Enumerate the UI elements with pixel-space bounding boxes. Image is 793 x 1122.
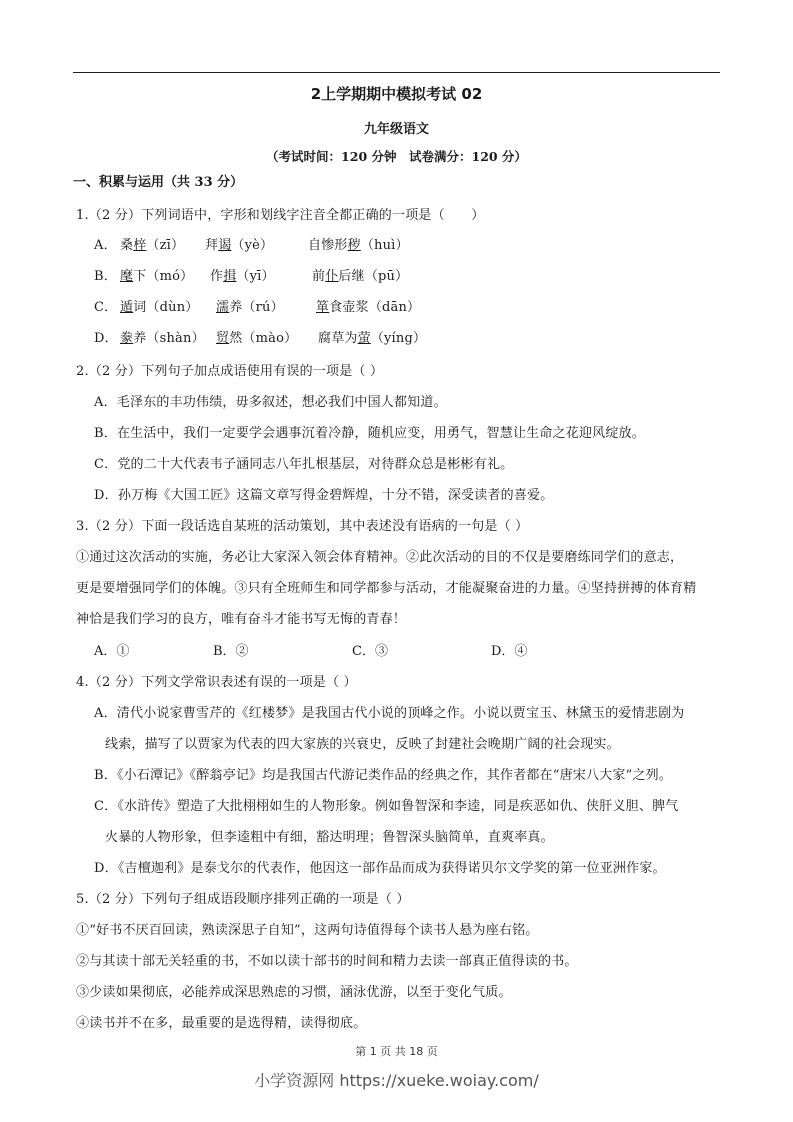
question-2-option-c: C．党的二十大代表韦子涵同志八年扎根基层，对待群众总是彬彬有礼。 xyxy=(94,453,513,472)
question-4-option-d: D．《吉檀迦利》是泰戈尔的代表作，他因这一部作品而成为获得诺贝尔文学奖的第一位亚… xyxy=(94,857,666,876)
underlined-character: 仆 xyxy=(325,269,338,284)
question-2-stem: 2.（2 分）下列句子加点成语使用有误的一项是（ ） xyxy=(76,360,383,379)
question-1-option-c-word: 濡养（rú） xyxy=(216,296,284,315)
word-part: 然 xyxy=(229,331,242,346)
page-indicator: 第 1 页 共 18 页 xyxy=(0,1043,793,1059)
underlined-character: 谒 xyxy=(218,238,231,253)
question-1-option-b-word: 作揖（yī） xyxy=(210,265,275,284)
question-1-option-b-label: B． xyxy=(94,265,117,284)
word-part: 前 xyxy=(312,269,325,284)
question-1-option-d-label: D． xyxy=(94,327,118,346)
question-1-option-a-label: A． xyxy=(94,234,117,253)
word-part: 下 xyxy=(133,269,146,284)
pinyin-annotation: （yíng） xyxy=(371,331,426,346)
pinyin-annotation: （yī） xyxy=(236,269,274,284)
question-1-option-d-word: 豢养（shàn） xyxy=(120,327,205,346)
word-part: 后继 xyxy=(338,269,364,284)
question-4-option-a: A．清代小说家曹雪芹的《红楼梦》是我国古代小说的顶峰之作。小说以贾宝玉、林黛玉的… xyxy=(94,702,684,721)
pinyin-annotation: （mó） xyxy=(146,269,193,284)
pinyin-annotation: （zī） xyxy=(146,238,184,253)
question-3-option-a: A．① xyxy=(94,640,129,659)
pinyin-annotation: （mào） xyxy=(242,331,297,346)
question-1-option-a-word: 自惨形秽（huì） xyxy=(308,234,409,253)
word-part: 养 xyxy=(229,300,242,315)
exam-title: 2上学期期中模拟考试 02 xyxy=(0,83,793,104)
exam-info: （考试时间：120 分钟 试卷满分：120 分） xyxy=(0,147,793,165)
pinyin-annotation: （yè） xyxy=(231,238,273,253)
watermark-link[interactable]: 小学资源网 https://xueke.woiay.com/ xyxy=(0,1068,793,1091)
word-part: 拜 xyxy=(205,238,218,253)
exam-page: 2上学期期中模拟考试 02 九年级语文 （考试时间：120 分钟 试卷满分：12… xyxy=(0,0,793,1122)
word-part: 腐草为 xyxy=(318,331,358,346)
question-4-option-c: C．《水浒传》塑造了大批栩栩如生的人物形象。例如鲁智深和李逵，同是疾恶如仇、侠肝… xyxy=(94,795,678,814)
question-3-option-d: D．④ xyxy=(491,640,527,659)
question-1-option-a-word: 桑梓（zī） xyxy=(120,234,184,253)
question-5-sentence: ①“好书不厌百回读，熟读深思子自知”，这两句诗值得每个读书人悬为座右铭。 xyxy=(76,919,539,938)
section-title: 一、积累与运用（共 33 分） xyxy=(73,171,243,190)
question-5-stem: 5.（2 分）下列句子组成语段顺序排列正确的一项是（ ） xyxy=(76,888,410,907)
underlined-character: 梓 xyxy=(133,238,146,253)
word-part: 桑 xyxy=(120,238,133,253)
question-1-option-b-word: 麾下（mó） xyxy=(120,265,193,284)
question-2-option-d: D．孙万梅《大国工匠》这篇文章写得金碧辉煌，十分不错，深受读者的喜爱。 xyxy=(94,484,553,503)
underlined-character: 濡 xyxy=(216,300,229,315)
pinyin-annotation: （huì） xyxy=(361,238,409,253)
exam-subtitle: 九年级语文 xyxy=(0,118,793,137)
question-3-option-c: C．③ xyxy=(352,640,388,659)
underlined-character: 秽 xyxy=(348,238,361,253)
question-1-option-c-label: C． xyxy=(94,296,117,315)
header-rule xyxy=(73,72,720,73)
question-1-option-c-word: 遁词（dùn） xyxy=(120,296,198,315)
underlined-character: 麾 xyxy=(120,269,133,284)
pinyin-annotation: （dùn） xyxy=(146,300,198,315)
pinyin-annotation: （dān） xyxy=(369,300,420,315)
pinyin-annotation: （rú） xyxy=(242,300,283,315)
question-1-option-d-word: 贸然（mào） xyxy=(216,327,297,346)
question-3-passage-line: ①通过这次活动的实施，务必让大家深入领会体育精神。②此次活动的目的不仅是要磨练同… xyxy=(76,546,683,565)
question-5-sentence: ④读书并不在多，最重要的是选得精，读得彻底。 xyxy=(76,1012,366,1031)
underlined-character: 萤 xyxy=(358,331,371,346)
underlined-character: 贸 xyxy=(216,331,229,346)
question-2-option-a: A．毛泽东的丰功伟绩，毋多叙述，想必我们中国人都知道。 xyxy=(94,391,447,410)
question-3-passage-line: 更是要增强同学们的体魄。③只有全班师生和同学都参与活动，才能凝聚奋进的力量。④坚… xyxy=(76,577,696,596)
word-part: 自惨形 xyxy=(308,238,348,253)
question-1-option-d-word: 腐草为萤（yíng） xyxy=(318,327,426,346)
underlined-character: 豢 xyxy=(120,331,133,346)
question-1-stem: 1.（2 分）下列词语中，字形和划线字注音全都正确的一项是（ ） xyxy=(76,204,484,223)
question-2-option-b: B．在生活中，我们一定要学会遇事沉着冷静，随机应变，用勇气，智慧让生命之花迎风绽… xyxy=(94,422,645,441)
question-4-option-a-cont: 线索，描写了以贾家为代表的四大家族的兴衰史，反映了封建社会晚期广阔的社会现实。 xyxy=(105,733,620,752)
question-3-stem: 3.（2 分）下面一段话选自某班的活动策划，其中表述没有语病的一句是（ ） xyxy=(76,515,528,534)
pinyin-annotation: （pū） xyxy=(365,269,409,284)
pinyin-annotation: （shàn） xyxy=(146,331,204,346)
question-4-option-b: B．《小石潭记》《醉翁亭记》均是我国古代游记类作品的经典之作，其作者都在“唐宋八… xyxy=(94,764,672,783)
word-part: 养 xyxy=(133,331,146,346)
question-3-passage-line: 神恰是我们学习的良方，唯有奋斗才能书写无悔的青春！ xyxy=(76,608,406,627)
question-3-option-b: B．② xyxy=(213,640,249,659)
question-4-stem: 4.（2 分）下列文学常识表述有误的一项是（ ） xyxy=(76,671,357,690)
underlined-character: 揖 xyxy=(223,269,236,284)
question-5-sentence: ②与其读十部无关轻重的书，不如以读十部书的时间和精力去读一部真正值得读的书。 xyxy=(76,950,578,969)
question-4-option-c-cont: 火暴的人物形象，但李逵粗中有细，豁达明理；鲁智深头脑简单，直爽率真。 xyxy=(105,826,554,845)
question-1-option-c-word: 箪食壶浆（dān） xyxy=(316,296,420,315)
underlined-character: 遁 xyxy=(120,300,133,315)
question-5-sentence: ③少读如果彻底，必能养成深思熟虑的习惯，涵泳优游，以至于变化气质。 xyxy=(76,981,512,1000)
word-part: 食壶浆 xyxy=(329,300,369,315)
question-1-option-b-word: 前仆后继（pū） xyxy=(312,265,408,284)
question-1-option-a-word: 拜谒（yè） xyxy=(205,234,273,253)
word-part: 作 xyxy=(210,269,223,284)
word-part: 词 xyxy=(133,300,146,315)
underlined-character: 箪 xyxy=(316,300,329,315)
